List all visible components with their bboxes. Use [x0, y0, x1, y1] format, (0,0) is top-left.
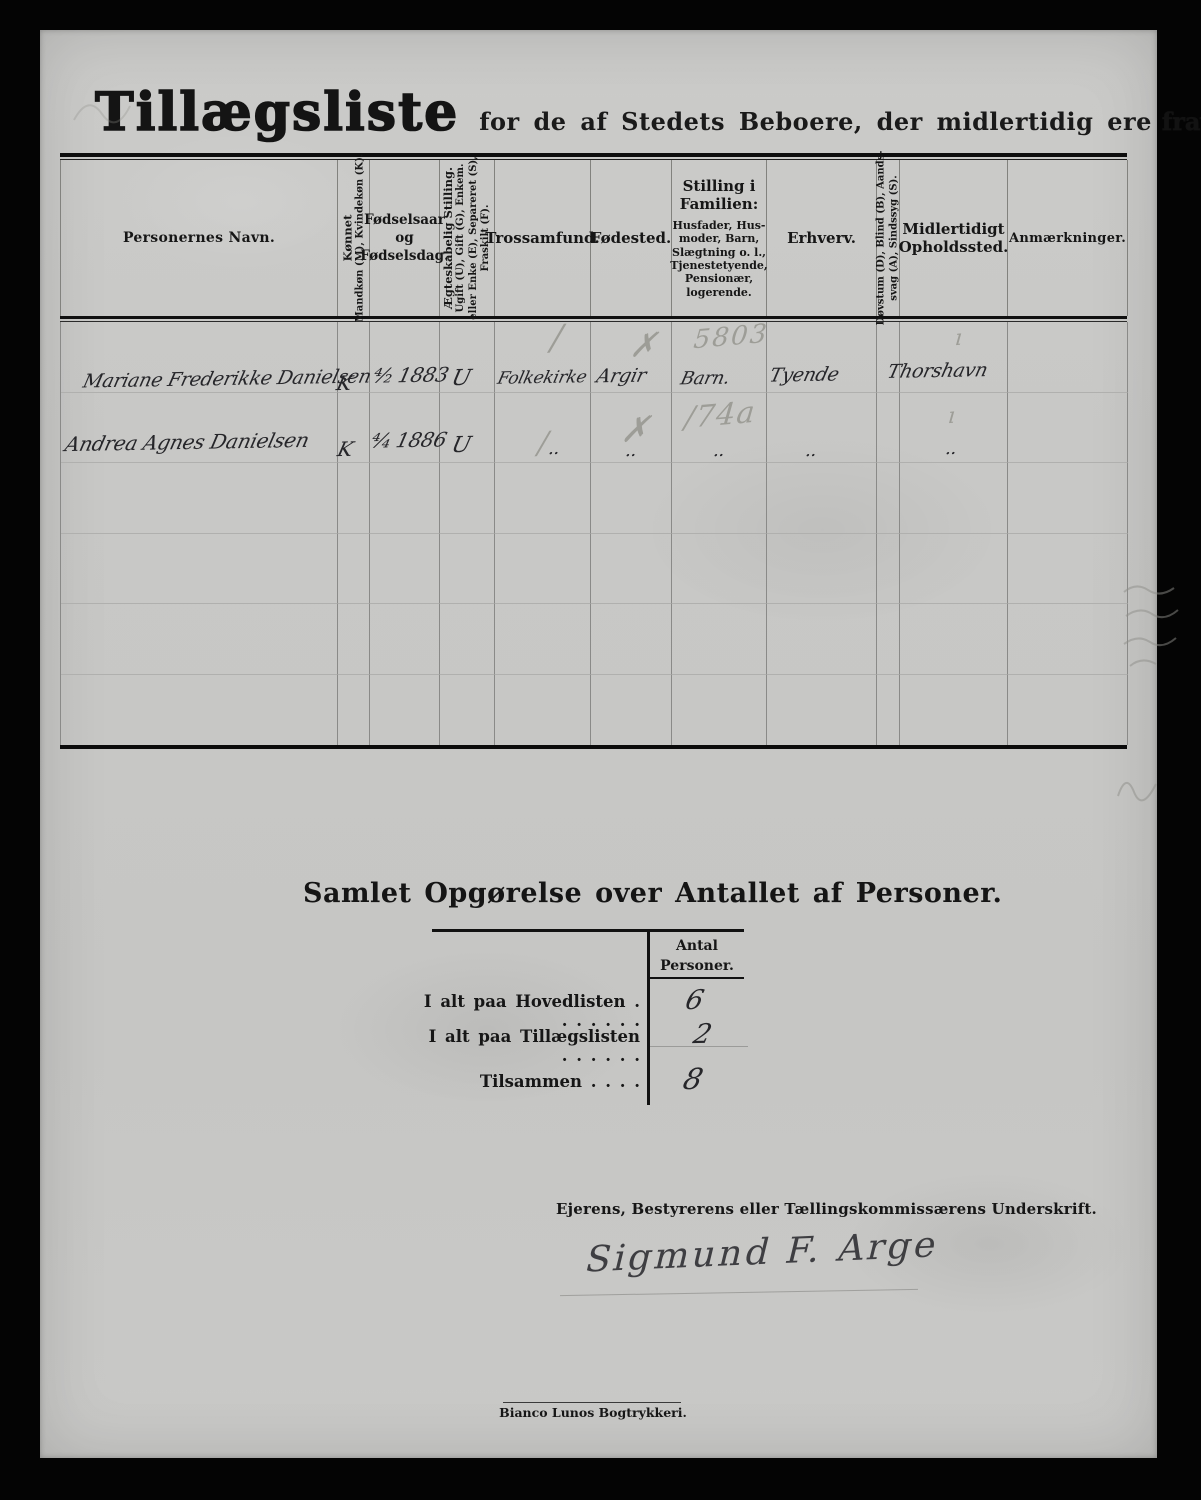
col-header-remarks: Anmærkninger. — [1008, 160, 1128, 316]
table-cell — [591, 534, 672, 605]
table-cell — [672, 675, 767, 746]
col-header-family: Stilling i Familien: Husfader, Hus- mode… — [672, 160, 767, 316]
pencil-scribble-right-margin — [1122, 578, 1180, 670]
table-cell — [767, 393, 877, 464]
table-cell — [877, 393, 900, 464]
title-emphasis: fraværende. — [1162, 107, 1201, 136]
table-cell — [370, 604, 440, 675]
table-cell — [877, 534, 900, 605]
col-header-disability: Døvstum (D), Blind (B), Aands- svag (A),… — [877, 160, 900, 316]
col-header-name: Personernes Navn. — [61, 160, 338, 316]
row2-birth-handwriting: ⁴⁄₄ 1886 — [369, 427, 449, 452]
pencil-cross-row1: ✗ — [628, 325, 658, 365]
table-header-row: Personernes Navn. Kønnet Mandkøn (M), Kv… — [60, 160, 1127, 316]
table-cell — [1008, 534, 1128, 605]
table-cell — [1008, 675, 1128, 746]
row2-name-handwriting: Andrea Agnes Danielsen — [63, 428, 312, 456]
table-cell — [672, 463, 767, 534]
table-cell — [338, 675, 370, 746]
table-cell — [1008, 463, 1128, 534]
table-cell — [672, 534, 767, 605]
printer-rule — [503, 1402, 681, 1403]
summary-label-hovedlisten: I alt paa Hovedlisten . . . . . . . — [420, 992, 640, 1030]
pencil-scribble-top-left — [70, 84, 134, 132]
pencil-scribble-right-lower — [1112, 766, 1160, 810]
summary-top-rule — [432, 929, 744, 932]
table-cell — [440, 463, 495, 534]
table-cell — [338, 463, 370, 534]
table-cell — [61, 463, 338, 534]
title-main: Tillægsliste — [95, 82, 459, 143]
title-rule-thick — [60, 153, 1127, 157]
table-cell — [370, 463, 440, 534]
row1-family-handwriting: Barn. — [678, 368, 731, 390]
row1-occupation-handwriting: Tyende — [767, 363, 841, 386]
table-cell — [672, 604, 767, 675]
table-cell — [61, 604, 338, 675]
table-cell — [370, 675, 440, 746]
col-header-birthplace: Fødested. — [591, 160, 672, 316]
header-rule-thick — [60, 316, 1127, 319]
table-cell — [767, 534, 877, 605]
summary-label-tillaegslisten: I alt paa Tillægslisten . . . . . . — [420, 1027, 640, 1065]
summary-col-header: Antal Personer. — [650, 936, 744, 977]
table-cell — [900, 675, 1008, 746]
printer-imprint: Bianco Lunos Bogtrykkeri. — [493, 1405, 693, 1420]
summary-label-tilsammen: Tilsammen . . . . — [420, 1072, 640, 1091]
disability-header-vertical-text: Døvstum (D), Blind (B), Aands- svag (A),… — [876, 151, 901, 326]
table-cell — [495, 675, 591, 746]
table-cell — [877, 675, 900, 746]
table-cell — [440, 604, 495, 675]
summary-colheader-rule — [650, 977, 744, 979]
page-title: Tillægsliste for de af Stedets Beboere, … — [95, 82, 1201, 143]
table-cell — [900, 463, 1008, 534]
table-cell — [591, 463, 672, 534]
table-cell — [495, 534, 591, 605]
table-cell — [495, 463, 591, 534]
table-cell — [1008, 393, 1128, 464]
col-header-residence: Midlertidigt Opholdssted. — [900, 160, 1008, 316]
table-cell — [370, 534, 440, 605]
col-header-birth: Fødselsaar og Fødselsdag. — [370, 160, 440, 316]
table-cell — [1008, 322, 1128, 393]
row1-religion-handwriting: Folkekirke — [495, 367, 588, 389]
table-cell — [338, 534, 370, 605]
table-cell — [900, 534, 1008, 605]
table-cell — [900, 604, 1008, 675]
table-bottom-rule — [60, 745, 1127, 749]
summary-heading: Samlet Opgørelse over Antallet af Person… — [303, 878, 1002, 909]
table-cell — [61, 534, 338, 605]
table-cell — [495, 604, 591, 675]
row1-residence-handwriting: Thorshavn — [885, 359, 990, 383]
table-cell — [440, 534, 495, 605]
title-subtitle: for de af Stedets Beboere, der midlertid… — [479, 107, 1201, 136]
row1-birthplace-handwriting: Argir — [594, 365, 648, 388]
table-cell — [1008, 604, 1128, 675]
col-header-sex: Kønnet Mandkøn (M), Kvindekøn (K). — [338, 160, 370, 316]
table-cell — [767, 604, 877, 675]
table-cell — [767, 463, 877, 534]
pencil-cross-row2: ✗ — [619, 409, 651, 451]
sex-header-vertical-text: Kønnet Mandkøn (M), Kvindekøn (K). — [340, 154, 367, 323]
col-header-religion: Trossamfund. — [495, 160, 591, 316]
table-cell — [440, 675, 495, 746]
table-cell — [877, 604, 900, 675]
table-cell — [338, 604, 370, 675]
scanned-census-page: Tillægsliste for de af Stedets Beboere, … — [0, 0, 1201, 1500]
title-rest: for de af Stedets Beboere, der midlertid… — [479, 107, 1152, 136]
signature-label: Ejerens, Bestyrerens eller Tællingskommi… — [556, 1200, 1097, 1218]
table-cell — [591, 604, 672, 675]
table-cell — [767, 675, 877, 746]
col-header-occupation: Erhverv. — [767, 160, 877, 316]
row1-birth-handwriting: ⁴⁄₂ 1883 — [371, 362, 451, 387]
pencil-ref-code: ∕74a — [683, 395, 757, 436]
table-cell — [61, 675, 338, 746]
table-cell — [877, 463, 900, 534]
table-cell — [591, 675, 672, 746]
